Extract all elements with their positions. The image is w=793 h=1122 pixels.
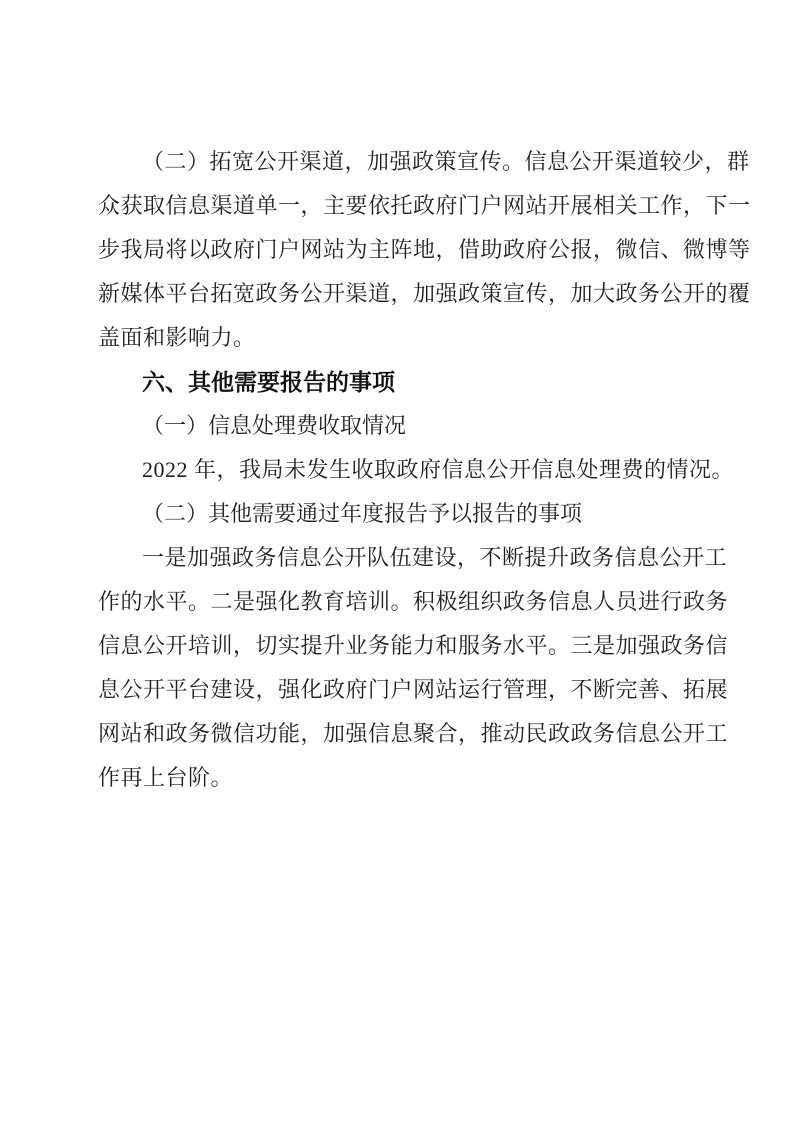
paragraph-line: 息公开平台建设，强化政府门户网站运行管理，不断完善、拓展 — [98, 668, 708, 712]
paragraph-line: 网站和政务微信功能，加强信息聚合，推动民政政务信息公开工 — [98, 712, 708, 756]
document-page: （二）拓宽公开渠道，加强政策宣传。信息公开渠道较少，群 众获取信息渠道单一，主要… — [0, 0, 793, 1122]
paragraph-line: 盖面和影响力。 — [98, 316, 708, 360]
paragraph-widen-channels: （二）拓宽公开渠道，加强政策宣传。信息公开渠道较少，群 众获取信息渠道单一，主要… — [98, 140, 708, 360]
document-content: （二）拓宽公开渠道，加强政策宣传。信息公开渠道较少，群 众获取信息渠道单一，主要… — [98, 140, 708, 800]
paragraph-line: 一是加强政务信息公开队伍建设，不断提升政务信息公开工 — [98, 536, 708, 580]
paragraph-line: 新媒体平台拓宽政务公开渠道，加强政策宣传，加大政务公开的覆 — [98, 272, 708, 316]
paragraph-line: 众获取信息渠道单一，主要依托政府门户网站开展相关工作，下一 — [98, 184, 708, 228]
paragraph-line: （二）拓宽公开渠道，加强政策宣传。信息公开渠道较少，群 — [98, 140, 708, 184]
paragraph-line: 2022 年，我局未发生收取政府信息公开信息处理费的情况。 — [98, 448, 708, 492]
subsection-heading-other-report-items: （二）其他需要通过年度报告予以报告的事项 — [98, 492, 708, 536]
paragraph-line: 作的水平。二是强化教育培训。积极组织政务信息人员进行政务 — [98, 580, 708, 624]
paragraph-line: 步我局将以政府门户网站为主阵地，借助政府公报，微信、微博等 — [98, 228, 708, 272]
paragraph-line: 作再上台阶。 — [98, 756, 708, 800]
paragraph-other-report-body: 一是加强政务信息公开队伍建设，不断提升政务信息公开工 作的水平。二是强化教育培训… — [98, 536, 708, 800]
subsection-heading-processing-fee: （一）信息处理费收取情况 — [98, 404, 708, 448]
section-heading-other-items: 六、其他需要报告的事项 — [98, 360, 708, 404]
paragraph-line: 信息公开培训，切实提升业务能力和服务水平。三是加强政务信 — [98, 624, 708, 668]
paragraph-processing-fee-body: 2022 年，我局未发生收取政府信息公开信息处理费的情况。 — [98, 448, 708, 492]
